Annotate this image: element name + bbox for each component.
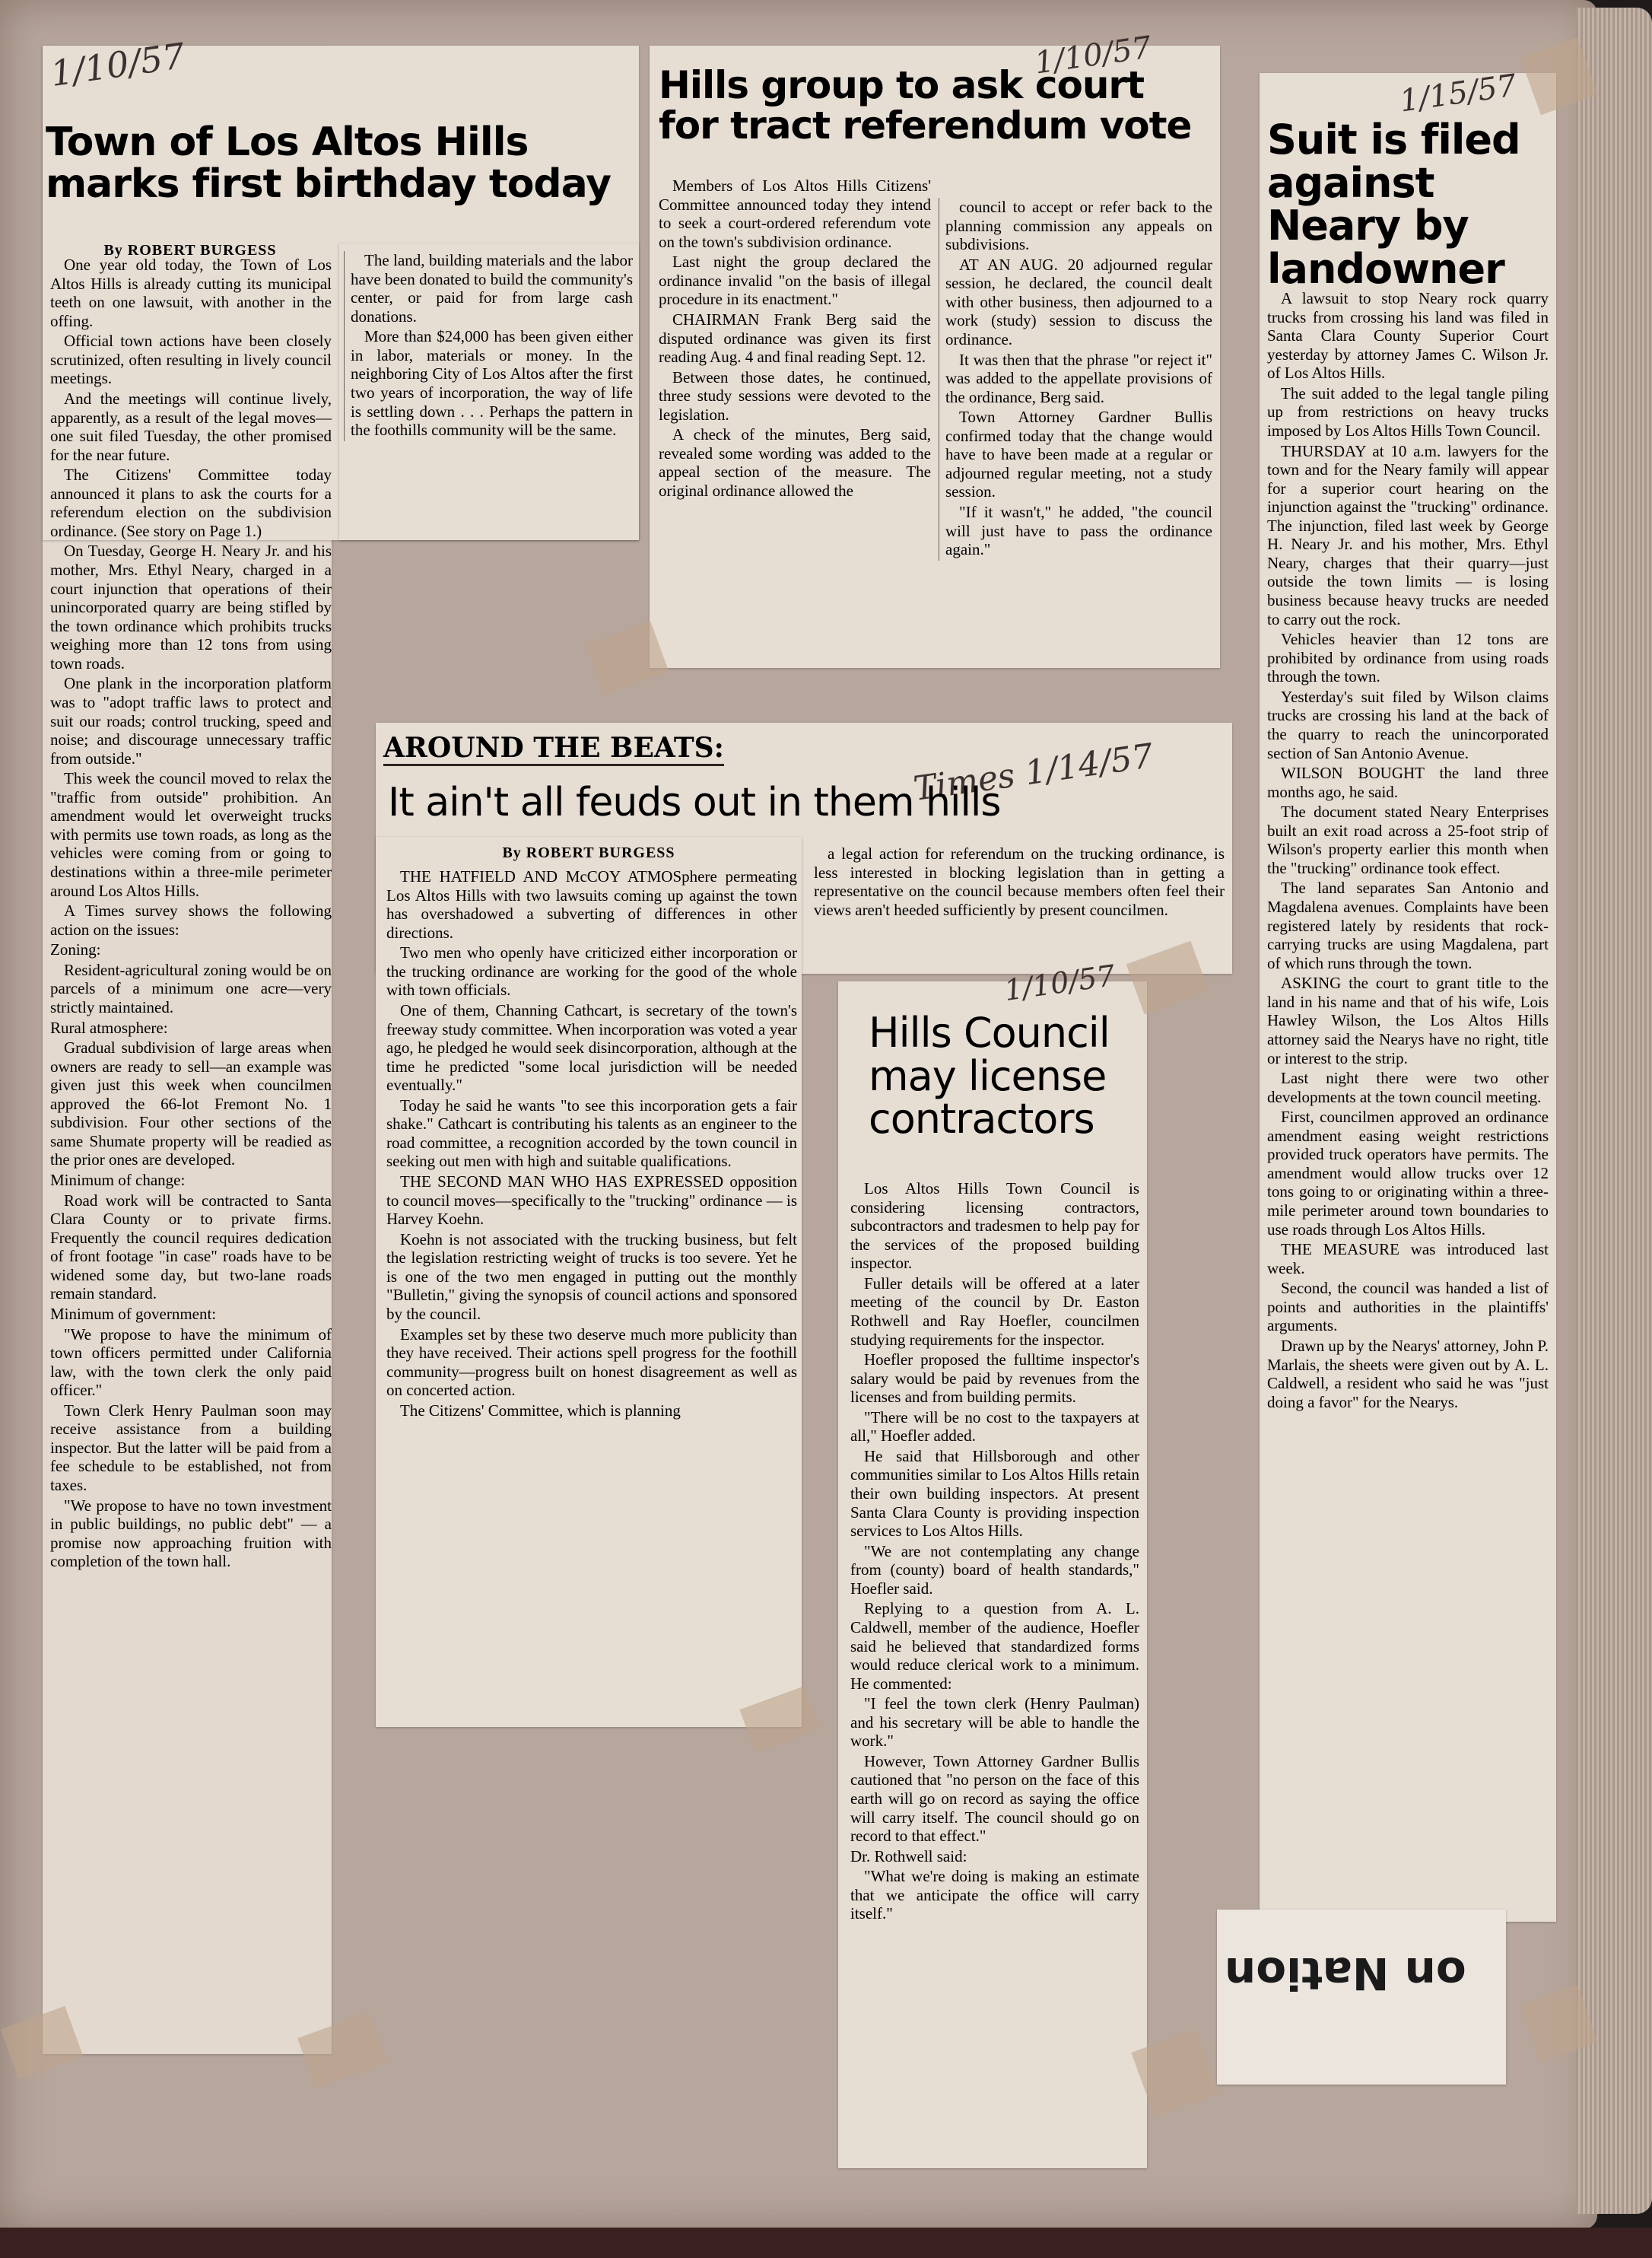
paragraph: AT AN AUG. 20 adjourned regular session,… [945, 256, 1212, 349]
article-headline: Town of Los Altos Hills marks first birt… [46, 122, 624, 205]
article-headline: Hills group to ask court for tract refer… [659, 65, 1206, 145]
paragraph: More than $24,000 has been given either … [351, 327, 633, 439]
binder-edge [0, 2228, 1652, 2258]
article-body-col1: One year old today, the Town of Los Alto… [50, 256, 332, 1573]
paragraph: First, councilmen approved an ordinance … [1267, 1108, 1549, 1239]
paragraph: One year old today, the Town of Los Alto… [50, 256, 332, 330]
paragraph: THURSDAY at 10 a.m. lawyers for the town… [1267, 442, 1549, 629]
paragraph: Koehn is not associated with the truckin… [386, 1230, 797, 1324]
paragraph: The land separates San Antonio and Magda… [1267, 879, 1549, 972]
paragraph: Minimum of change: [50, 1171, 332, 1190]
paragraph: "There will be no cost to the taxpayers … [850, 1408, 1139, 1445]
paragraph: ASKING the court to grant title to the l… [1267, 974, 1549, 1067]
paragraph: Second, the council was handed a list of… [1267, 1279, 1549, 1335]
paragraph: The document stated Neary Enterprises bu… [1267, 803, 1549, 877]
paragraph: Zoning: [50, 940, 332, 959]
paragraph: Hoefler proposed the fulltime inspector'… [850, 1350, 1139, 1407]
paragraph: It was then that the phrase "or reject i… [945, 351, 1212, 407]
paragraph: Last night there were two other developm… [1267, 1069, 1549, 1106]
paragraph: The land, building materials and the lab… [351, 251, 633, 326]
paragraph: THE MEASURE was introduced last week. [1267, 1240, 1549, 1277]
paragraph: This week the council moved to relax the… [50, 769, 332, 900]
paragraph: Los Altos Hills Town Council is consider… [850, 1179, 1139, 1273]
paragraph: "What we're doing is making an estimate … [850, 1867, 1139, 1923]
paragraph: Dr. Rothwell said: [850, 1847, 1139, 1866]
paragraph: One plank in the incorporation platform … [50, 674, 332, 768]
paragraph: "I feel the town clerk (Henry Paulman) a… [850, 1694, 1139, 1751]
article-body-col2: The land, building materials and the lab… [344, 251, 633, 441]
article-headline: Suit is filed against Neary by landowner [1267, 119, 1549, 291]
article-body: Los Altos Hills Town Council is consider… [850, 1179, 1139, 1925]
paragraph: Fuller details will be offered at a late… [850, 1274, 1139, 1349]
paragraph: However, Town Attorney Gardner Bullis ca… [850, 1752, 1139, 1846]
paragraph: Road work will be contracted to Santa Cl… [50, 1191, 332, 1303]
paragraph: Today he said he wants "to see this inco… [386, 1096, 797, 1171]
paragraph: The Citizens' Committee today announced … [50, 466, 332, 540]
paragraph: Examples set by these two deserve much m… [386, 1325, 797, 1400]
paragraph: The Citizens' Committee, which is planni… [386, 1401, 797, 1420]
paragraph: Two men who openly have criticized eithe… [386, 943, 797, 1000]
article-body: A lawsuit to stop Neary rock quarry truc… [1267, 289, 1549, 1413]
article-body-col2: council to accept or refer back to the p… [939, 198, 1212, 561]
paragraph: Yesterday's suit filed by Wilson claims … [1267, 688, 1549, 762]
paragraph: A Times survey shows the following actio… [50, 902, 332, 939]
paragraph: One of them, Channing Cathcart, is secre… [386, 1001, 797, 1095]
paragraph: "We are not contemplating any change fro… [850, 1542, 1139, 1598]
paragraph: A check of the minutes, Berg said, revea… [659, 425, 931, 500]
paragraph: Vehicles heavier than 12 tons are prohib… [1267, 630, 1549, 686]
paragraph: On Tuesday, George H. Neary Jr. and his … [50, 542, 332, 673]
page-edge [1576, 8, 1652, 2214]
paragraph: "We propose to have the minimum of town … [50, 1325, 332, 1400]
paragraph: Last night the group declared the ordina… [659, 253, 931, 309]
paragraph: Members of Los Altos Hills Citizens' Com… [659, 177, 931, 251]
paragraph: "We propose to have no town investment i… [50, 1496, 332, 1571]
paragraph: Drawn up by the Nearys' attorney, John P… [1267, 1337, 1549, 1411]
paragraph: Resident-agricultural zoning would be on… [50, 961, 332, 1017]
paragraph: Town Attorney Gardner Bullis confirmed t… [945, 408, 1212, 501]
paragraph: council to accept or refer back to the p… [945, 198, 1212, 254]
paragraph: The suit added to the legal tangle pilin… [1267, 384, 1549, 440]
paragraph: And the meetings will continue lively, a… [50, 390, 332, 464]
article-byline: By ROBERT BURGESS [383, 844, 794, 862]
article-kicker: AROUND THE BEATS: [383, 732, 724, 766]
paragraph: a legal action for referendum on the tru… [814, 844, 1225, 919]
article-headline: It ain't all feuds out in them hills [388, 782, 1000, 824]
article-body-col1: Members of Los Altos Hills Citizens' Com… [659, 177, 931, 502]
paragraph: WILSON BOUGHT the land three months ago,… [1267, 764, 1549, 801]
paragraph: CHAIRMAN Frank Berg said the disputed or… [659, 310, 931, 367]
article-body-col1: THE HATFIELD AND McCOY ATMOSphere permea… [386, 867, 797, 1421]
paragraph: Official town actions have been closely … [50, 332, 332, 388]
article-headline: Hills Council may license contractors [869, 1012, 1142, 1141]
paragraph: THE HATFIELD AND McCOY ATMOSphere permea… [386, 867, 797, 942]
paragraph: He said that Hillsborough and other comm… [850, 1447, 1139, 1541]
article-body-col2: a legal action for referendum on the tru… [814, 844, 1225, 921]
upside-down-fragment: on Nation [1225, 1948, 1466, 1999]
paragraph: "If it wasn't," he added, "the council w… [945, 503, 1212, 559]
paragraph: Minimum of government: [50, 1305, 332, 1324]
paragraph: Replying to a question from A. L. Caldwe… [850, 1599, 1139, 1693]
paragraph: Rural atmosphere: [50, 1019, 332, 1038]
paragraph: A lawsuit to stop Neary rock quarry truc… [1267, 289, 1549, 383]
paragraph: Town Clerk Henry Paulman soon may receiv… [50, 1401, 332, 1495]
paragraph: Between those dates, he continued, three… [659, 368, 931, 425]
paragraph: THE SECOND MAN WHO HAS EXPRESSED opposit… [386, 1172, 797, 1229]
paragraph: Gradual subdivision of large areas when … [50, 1038, 332, 1169]
